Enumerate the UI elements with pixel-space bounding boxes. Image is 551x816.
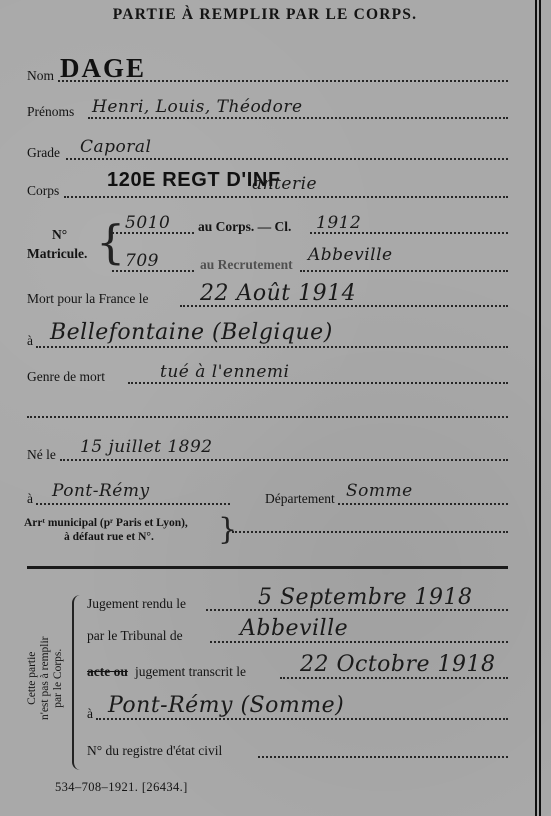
side-note: Cette partie n'est pas à remplir par le … <box>26 636 65 720</box>
prenoms-value: Henri, Louis, Théodore <box>92 97 303 117</box>
side-note-line1: Cette partie <box>26 636 39 720</box>
matricule-recrutement-dotted <box>112 270 194 272</box>
grade-dotted-line <box>66 158 508 160</box>
ne-lieu-value: Pont-Rémy <box>52 481 150 501</box>
mort-date-label: Mort pour la France le <box>27 291 148 307</box>
ne-le-label: Né le <box>27 447 56 463</box>
right-border-line-inner <box>535 0 537 816</box>
transcrit-lieu-label: à <box>87 706 93 722</box>
transcrit-lieu-dotted <box>96 718 508 720</box>
genre-mort-dotted <box>128 382 508 384</box>
jugement-rendu-value: 5 Septembre 1918 <box>258 585 473 610</box>
nom-label: Nom <box>27 68 54 84</box>
classe-dotted <box>310 232 508 234</box>
arrondissement-brace: } <box>218 515 237 545</box>
matricule-corps-number: 5010 <box>125 213 170 233</box>
corps-dotted-line <box>64 196 508 198</box>
ne-lieu-label: à <box>27 491 33 507</box>
jugement-brace-line <box>72 595 80 770</box>
recrutement-place: Abbeville <box>308 245 393 265</box>
ne-le-dotted <box>60 459 508 461</box>
mort-date-dotted <box>180 305 508 307</box>
matricule-recrutement-number: 709 <box>125 251 159 271</box>
jugement-rendu-dotted <box>206 609 508 611</box>
side-note-line2: n'est pas à remplir <box>39 636 52 720</box>
corps-label: Corps <box>27 183 59 199</box>
corps-handwritten-suffix: anterie <box>252 174 317 194</box>
mort-lieu-value: Bellefontaine (Belgique) <box>50 320 333 345</box>
recrutement-dotted <box>300 270 508 272</box>
prenoms-label: Prénoms <box>27 104 74 120</box>
departement-label: Département <box>265 491 335 507</box>
blank-dotted-line <box>27 416 508 418</box>
mort-lieu-label: à <box>27 333 33 349</box>
au-recrutement-label: au Recrutement <box>200 257 293 273</box>
mort-lieu-dotted <box>36 346 508 348</box>
matricule-label: Matricule. <box>27 246 87 262</box>
registre-label: N° du registre d'état civil <box>87 743 222 759</box>
mort-date-value: 22 Août 1914 <box>200 281 356 306</box>
jugement-rendu-label: Jugement rendu le <box>87 596 186 612</box>
matricule-brace: { <box>96 219 125 265</box>
transcrit-value: 22 Octobre 1918 <box>300 652 496 677</box>
grade-value: Caporal <box>80 137 151 157</box>
transcrit-label: jugement transcrit le <box>135 664 246 680</box>
transcrit-lieu-value: Pont-Rémy (Somme) <box>108 693 344 718</box>
tribunal-label: par le Tribunal de <box>87 628 183 644</box>
departement-dotted <box>338 503 508 505</box>
section-divider <box>27 566 508 569</box>
au-corps-label: au Corps. — Cl. <box>198 219 291 235</box>
tribunal-dotted <box>210 641 508 643</box>
arrondissement-label-line1: Arrᵗ municipal (pʳ Paris et Lyon), <box>24 517 188 529</box>
grade-label: Grade <box>27 145 60 161</box>
form-title: PARTIE À REMPLIR PAR LE CORPS. <box>0 6 530 24</box>
transcrit-dotted <box>280 677 508 679</box>
acte-ou-struck-label: acte ou <box>87 664 128 680</box>
registre-dotted <box>258 756 508 758</box>
matricule-corps-dotted <box>112 232 194 234</box>
prenoms-dotted-line <box>88 117 508 119</box>
genre-mort-label: Genre de mort <box>27 369 105 385</box>
footer-print-code: 534–708–1921. [26434.] <box>55 780 188 795</box>
matricule-label-no: N° <box>52 227 67 243</box>
genre-mort-value: tué à l'ennemi <box>160 362 289 382</box>
ne-lieu-dotted <box>36 503 230 505</box>
arrondissement-label-line2: à défaut rue et N°. <box>64 531 154 543</box>
departement-value: Somme <box>346 481 413 501</box>
right-border-line-outer <box>539 0 541 816</box>
nom-dotted-line <box>58 80 508 82</box>
classe-value: 1912 <box>316 213 361 233</box>
ne-le-value: 15 juillet 1892 <box>80 437 213 457</box>
tribunal-value: Abbeville <box>240 616 348 641</box>
arrondissement-dotted <box>232 531 508 533</box>
side-note-line3: par le Corps. <box>52 636 65 720</box>
